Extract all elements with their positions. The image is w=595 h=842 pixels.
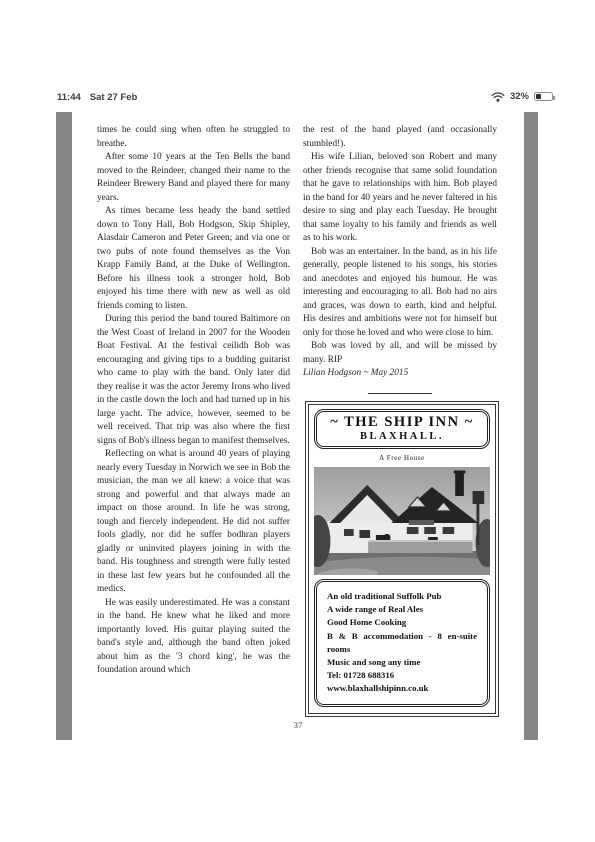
paragraph: the rest of the band played (and occasio… [303, 124, 497, 151]
pub-name: ~ THE SHIP INN ~ [317, 414, 487, 431]
paragraph: He was easily underestimated. He was a c… [97, 597, 290, 678]
pub-detail-line: B & B accommodation - 8 en-suite rooms [327, 630, 477, 656]
battery-icon [534, 92, 553, 101]
section-divider [368, 393, 432, 394]
right-column: the rest of the band played (and occasio… [303, 124, 497, 717]
pub-phone: Tel: 01728 688316 [327, 669, 477, 682]
statusbar-left: 11:44 Sat 27 Feb [57, 92, 137, 103]
pub-advert-header: ~ THE SHIP INN ~ BLAXHALL. [314, 409, 490, 449]
wifi-icon [491, 91, 505, 102]
paragraph: During this period the band toured Balti… [97, 313, 290, 448]
paragraph: His wife Lilian, beloved son Robert and … [303, 151, 497, 246]
paragraph: As times became less heady the band sett… [97, 205, 290, 313]
paragraph: Reflecting on what is around 40 years of… [97, 448, 290, 597]
statusbar-right: 32% [491, 91, 553, 102]
paragraph: Bob was loved by all, and will be missed… [303, 340, 497, 367]
paragraph: Bob was an entertainer. In the band, as … [303, 246, 497, 341]
pub-detail-line: An old traditional Suffolk Pub [327, 590, 477, 603]
pub-tagline: A Free House [314, 452, 490, 466]
previous-page-edge[interactable] [56, 112, 72, 740]
author-signature: Lilian Hodgson ~ May 2015 [303, 367, 497, 381]
pub-detail-line: Good Home Cooking [327, 616, 477, 629]
clock: 11:44 [57, 92, 81, 103]
pub-website: www.blaxhallshipinn.co.uk [327, 682, 477, 695]
next-page-edge[interactable] [524, 112, 538, 740]
battery-percent: 32% [510, 91, 529, 102]
pub-location: BLAXHALL. [317, 431, 487, 443]
pub-details: An old traditional Suffolk Pub A wide ra… [314, 579, 490, 707]
paragraph: times he could sing when often he strugg… [97, 124, 290, 151]
pdf-page[interactable]: times he could sing when often he strugg… [72, 112, 524, 740]
date: Sat 27 Feb [90, 92, 138, 103]
pub-photo [314, 467, 490, 575]
left-column: times he could sing when often he strugg… [97, 124, 290, 678]
battery-fill [536, 94, 541, 99]
pub-detail-line: Music and song any time [327, 656, 477, 669]
pub-advert: ~ THE SHIP INN ~ BLAXHALL. A Free House [305, 401, 499, 717]
page-number: 37 [72, 720, 524, 730]
ipad-screen: 11:44 Sat 27 Feb 32% times he could sing… [0, 0, 595, 842]
paragraph: After some 10 years at the Ten Bells the… [97, 151, 290, 205]
pub-advert-inner: ~ THE SHIP INN ~ BLAXHALL. A Free House [308, 404, 496, 714]
pub-detail-line: A wide range of Real Ales [327, 603, 477, 616]
battery-nub [553, 96, 555, 100]
